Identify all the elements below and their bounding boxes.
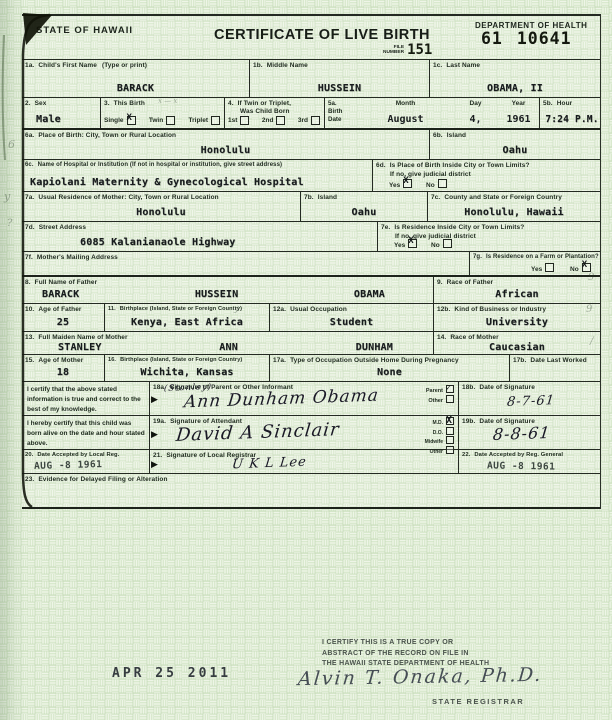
signature-date: 8-7-61 — [506, 393, 555, 410]
checkbox-other — [446, 446, 454, 454]
field-18b-signature-date: 18b.Date of Signature 8-7-61 — [459, 382, 600, 415]
row-mother-details: 15.Age of Mother 18 16.Birthplace (Islan… — [22, 355, 600, 382]
row-street-address: 7d.Street Address 6085 Kalanianaole High… — [22, 222, 600, 252]
checkbox-no — [438, 179, 447, 188]
field-2-sex: 2.Sex Male — [22, 98, 101, 128]
mother-first: STANLEY — [58, 342, 102, 353]
field-7f-mailing-address: 7f.Mother's Mailing Address — [22, 252, 470, 275]
field-7e-residence-limits: 7e.Is Residence Inside City or Town Limi… — [378, 222, 600, 251]
field-6a-place-of-birth: 6a.Place of Birth: City, Town or Rural L… — [22, 130, 430, 159]
informant-certification-text: I certify that the above stated informat… — [22, 382, 150, 415]
pencil-mark: 9 — [588, 272, 594, 283]
checkbox-no — [443, 239, 452, 248]
row-place-of-birth: 6a.Place of Birth: City, Town or Rural L… — [22, 130, 600, 160]
field-17a-occupation-pregnancy: 17a.Type of Occupation Outside Home Duri… — [270, 355, 510, 381]
local-registrar-signature: U K L Lee — [231, 455, 307, 473]
checkbox-twin — [166, 116, 175, 125]
field-13-mother-maiden-name: 13.Full Maiden Name of Mother STANLEYANN… — [22, 332, 434, 354]
checkbox-1st — [240, 116, 249, 125]
pencil-mark: y — [4, 190, 10, 203]
number-word: NUMBER — [383, 50, 404, 55]
scanned-birth-certificate: STATE OF HAWAII CERTIFICATE OF LIVE BIRT… — [0, 0, 612, 720]
pencil-mark: 9 — [586, 304, 592, 315]
field-19a-attendant-signature: 19a.Signature of Attendant ▶ David A Sin… — [150, 416, 459, 449]
date-stamp-local: AUG -8 1961 — [34, 459, 103, 472]
row-delayed-filing: 23.Evidence for Delayed Filing or Altera… — [22, 474, 600, 509]
checkbox-yes — [545, 263, 554, 272]
field-value: Male — [22, 114, 100, 125]
attendant-certification-text: I hereby certify that this child was bor… — [22, 416, 150, 449]
state-registrar-title: STATE REGISTRAR — [432, 697, 524, 706]
field-11-father-birthplace: 11.Birthplace (Island, State or Foreign … — [105, 304, 270, 331]
field-value: Oahu — [430, 145, 600, 156]
signature-date: 8-8-61 — [492, 423, 552, 444]
pencil-mark: / — [590, 336, 593, 347]
field-5a-birth-date: 5a.BirthDate MonthAugust Day4, Year1961 — [325, 98, 540, 128]
field-1c-last-name: 1c.Last Name OBAMA, II — [430, 60, 600, 97]
field-value: HUSSEIN — [250, 83, 429, 94]
signature-pointer-icon: ▶ — [151, 429, 158, 440]
checkbox-3rd — [311, 116, 320, 125]
field-7a-residence-city: 7a.Usual Residence of Mother: City, Town… — [22, 192, 301, 221]
field-7b-island: 7b.Island Oahu — [301, 192, 428, 221]
field-15-mother-age: 15.Age of Mother 18 — [22, 355, 105, 381]
field-17b-date-last-worked: 17b.Date Last Worked — [510, 355, 600, 381]
pencil-mark: x — x — [158, 97, 177, 105]
field-4-twin-order: 4.If Twin or Triplet,Was Child Born 1st … — [225, 98, 325, 128]
field-7d-street-address: 7d.Street Address 6085 Kalanianaole High… — [22, 222, 378, 251]
birth-day: Day4, — [453, 98, 498, 128]
field-value: Honolulu, Hawaii — [428, 207, 600, 218]
field-8-father-name: 8.Full Name of Father BARACKHUSSEINOBAMA — [22, 277, 434, 303]
field-5b-hour: 5b.Hour 7:24 P.M. — [540, 98, 604, 128]
mother-middle: ANN — [219, 342, 238, 353]
checkbox-2nd — [276, 116, 285, 125]
father-first: BARACK — [42, 289, 79, 300]
row-father-details: 10.Age of Father 25 11.Birthplace (Islan… — [22, 304, 600, 332]
mother-last: DUNHAM — [356, 342, 393, 353]
row-registrar: 20.Date Accepted by Local Reg. AUG -8 19… — [22, 450, 600, 474]
father-last: OBAMA — [354, 289, 385, 300]
field-18a-informant-signature: 18a.Signature of Parent or Other Informa… — [150, 382, 459, 415]
file-number: 151 — [407, 42, 432, 58]
checkbox-yes: X — [408, 239, 417, 248]
received-date-stamp: APR 25 2011 — [112, 666, 231, 681]
checkbox-do — [446, 427, 454, 435]
checkbox-triplet — [211, 116, 220, 125]
checkbox-no: X — [582, 263, 591, 272]
field-value: University — [434, 317, 600, 328]
pencil-mark: y — [234, 304, 239, 314]
field-21-local-registrar-signature: 21.Signature of Local Registrar ▶ U K L … — [150, 450, 459, 473]
row-mother-name: 13.Full Maiden Name of Mother STANLEYANN… — [22, 332, 600, 355]
field-12b-business: 12b.Kind of Business or Industry Univers… — [434, 304, 600, 331]
field-value: African — [434, 289, 600, 300]
field-value: None — [270, 367, 509, 378]
checkbox-other — [446, 395, 454, 403]
field-16-mother-birthplace: 16.Birthplace (Island, State or Foreign … — [105, 355, 270, 381]
row-mailing-address: 7f.Mother's Mailing Address 7g.Is Reside… — [22, 252, 600, 277]
row-attendant-signature: I hereby certify that this child was bor… — [22, 416, 600, 450]
field-9-father-race: 9.Race of Father African — [434, 277, 600, 303]
field-value: 25 — [22, 317, 104, 328]
field-14-mother-race: 14.Race of Mother Caucasian — [434, 332, 600, 354]
field-6d-city-limits: 6d.Is Place of Birth Inside City or Town… — [373, 160, 600, 191]
certificate-number: 6110641 — [481, 29, 572, 48]
checkbox-parent: ✓ — [446, 385, 454, 393]
attendant-signature: David A Sinclair — [175, 419, 341, 446]
field-6c-hospital: 6c.Name of Hospital or Institution (If n… — [22, 160, 373, 191]
field-value: Caucasian — [434, 342, 600, 353]
field-value: 18 — [22, 367, 104, 378]
field-value: Honolulu — [22, 145, 429, 156]
row-informant-signature: I certify that the above stated informat… — [22, 382, 600, 416]
field-7g-farm-plantation: 7g.Is Residence on a Farm or Plantation?… — [470, 252, 601, 275]
field-23-delayed-filing: 23.Evidence for Delayed Filing or Altera… — [22, 474, 600, 507]
checkbox-midwife — [446, 436, 454, 444]
form-header: STATE OF HAWAII CERTIFICATE OF LIVE BIRT… — [22, 16, 600, 60]
checkbox-md: X — [446, 417, 454, 425]
state-registrar-signature: Alvin T. Onaka, Ph.D. — [297, 664, 543, 690]
date-stamp-general: AUG -8 1961 — [487, 460, 556, 472]
pencil-mark: 6 — [8, 138, 15, 151]
field-value: Kenya, East Africa — [105, 317, 269, 328]
field-1a-first-name: 1a.Child's First Name(Type or print) BAR… — [22, 60, 250, 97]
row-father-name: 8.Full Name of Father BARACKHUSSEINOBAMA… — [22, 277, 600, 304]
field-1b-middle-name: 1b.Middle Name HUSSEIN — [250, 60, 430, 97]
certificate-form: STATE OF HAWAII CERTIFICATE OF LIVE BIRT… — [22, 14, 601, 509]
checkbox-single: X — [127, 116, 136, 125]
field-value: BARACK — [22, 83, 249, 94]
state-name: STATE OF HAWAII — [36, 25, 133, 36]
field-10-father-age: 10.Age of Father 25 — [22, 304, 105, 331]
signature-pointer-icon: ▶ — [151, 394, 158, 405]
file-number-block: FILENUMBER 151 — [383, 42, 432, 58]
field-value: OBAMA, II — [430, 83, 600, 94]
field-value: Honolulu — [22, 207, 300, 218]
field-value: Oahu — [301, 207, 427, 218]
birth-month: MonthAugust — [358, 98, 453, 128]
field-12a-occupation: 12a.Usual Occupation Student — [270, 304, 434, 331]
field-19b-signature-date: 19b.Date of Signature 8-8-61 — [459, 416, 600, 449]
pencil-mark: ? — [7, 218, 12, 229]
file-word: FILE — [394, 45, 404, 50]
field-value: 6085 Kalanianaole Highway — [22, 237, 377, 248]
field-value: Kapiolani Maternity & Gynecological Hosp… — [22, 177, 372, 188]
field-value: 7:24 P.M. — [540, 114, 604, 125]
row-sex-birth-date: 2.Sex Male 3.This Birth SingleX Twin Tri… — [22, 98, 600, 130]
certificate-title: CERTIFICATE OF LIVE BIRTH — [214, 27, 430, 43]
field-6b-island: 6b.Island Oahu — [430, 130, 600, 159]
father-middle: HUSSEIN — [195, 289, 239, 300]
checkbox-yes: X — [403, 179, 412, 188]
field-7c-county-state: 7c.County and State or Foreign Country H… — [428, 192, 600, 221]
row-child-name: 1a.Child's First Name(Type or print) BAR… — [22, 60, 600, 98]
field-22-date-accepted-general: 22.Date Accepted by Reg. General AUG -8 … — [459, 450, 600, 473]
row-mother-residence: 7a.Usual Residence of Mother: City, Town… — [22, 192, 600, 222]
field-20-date-accepted-local: 20.Date Accepted by Local Reg. AUG -8 19… — [22, 450, 150, 473]
row-hospital: 6c.Name of Hospital or Institution (If n… — [22, 160, 600, 192]
field-value: Wichita, Kansas — [105, 367, 269, 378]
signature-pointer-icon: ▶ — [151, 459, 158, 470]
field-value: Student — [270, 317, 433, 328]
birth-year: Year1961 — [498, 98, 539, 128]
